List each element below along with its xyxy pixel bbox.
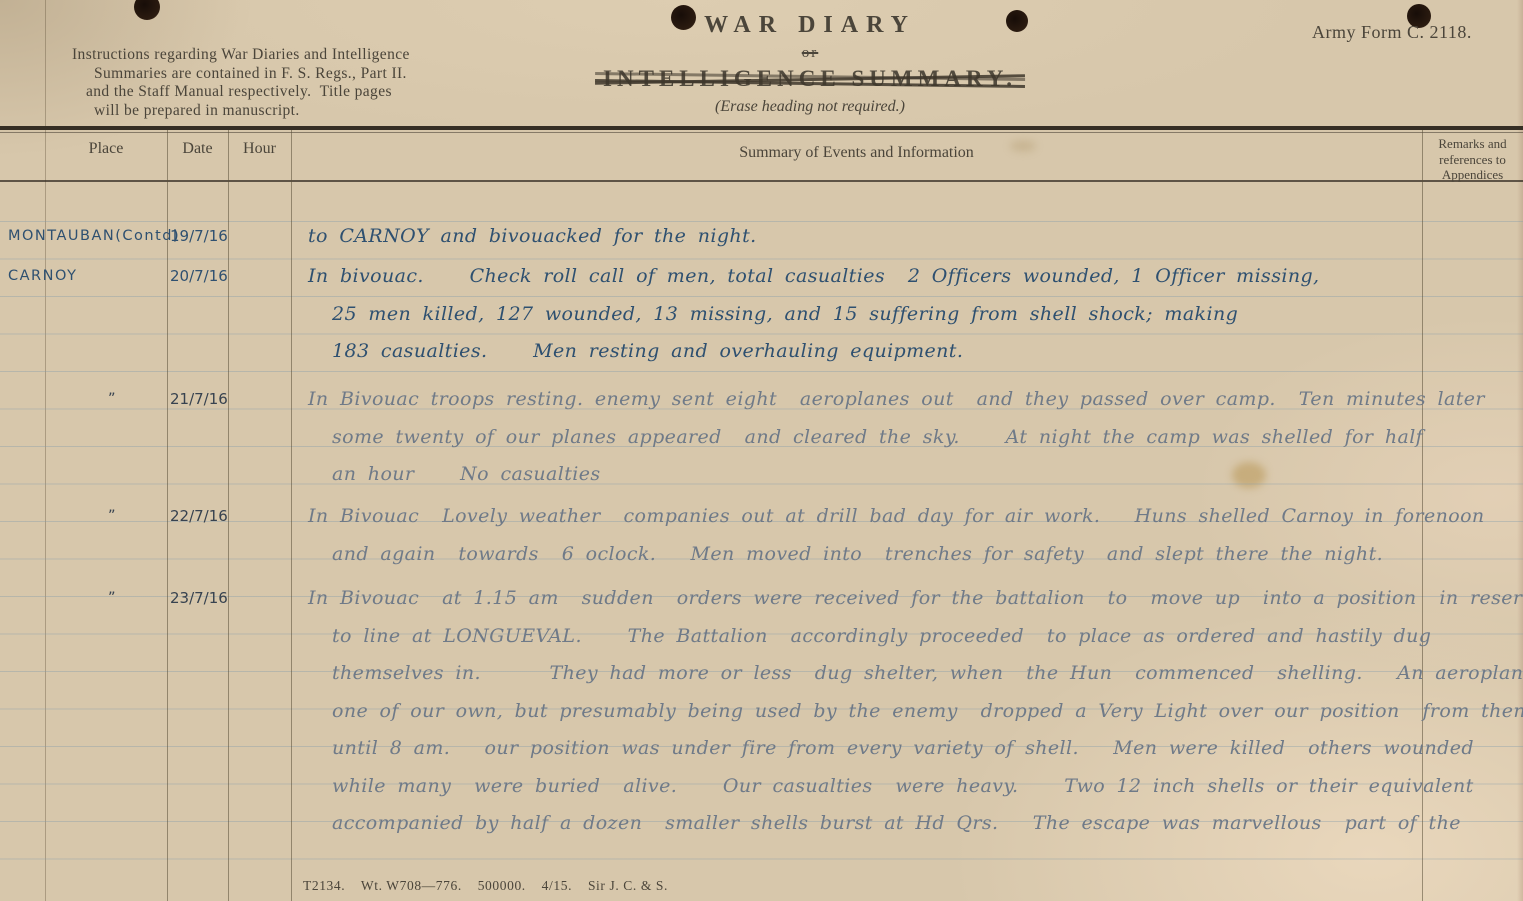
entry-summary: In Bivouac Lovely weather companies out … bbox=[308, 498, 1420, 573]
entry-line: and again towards 6 oclock. Men moved in… bbox=[332, 536, 1420, 574]
entries-container: MONTAUBAN(Contd)19/7/16to CARNOY and biv… bbox=[0, 0, 1523, 901]
entry-line: 25 men killed, 127 wounded, 13 missing, … bbox=[332, 296, 1420, 334]
entry-date: 20/7/16 bbox=[170, 258, 230, 296]
entry-line: an hour No casualties bbox=[332, 456, 1420, 494]
entry-line: accompanied by half a dozen smaller shel… bbox=[332, 805, 1420, 843]
entry-hour bbox=[236, 218, 296, 256]
entry-line: themselves in. They had more or less dug… bbox=[332, 655, 1420, 693]
footer-imprint: T2134. Wt. W708—776. 500000. 4/15. Sir J… bbox=[303, 878, 668, 894]
entry-line: In bivouac. Check roll call of men, tota… bbox=[308, 258, 1420, 296]
entry-date: 23/7/16 bbox=[170, 580, 230, 618]
entry-line: one of our own, but presumably being use… bbox=[332, 693, 1420, 731]
entry-summary: In bivouac. Check roll call of men, tota… bbox=[308, 258, 1420, 371]
entry-line: 183 casualties. Men resting and overhaul… bbox=[332, 333, 1420, 371]
entry-summary: In Bivouac at 1.15 am sudden orders were… bbox=[308, 580, 1420, 843]
entry-line: to line at LONGUEVAL. The Battalion acco… bbox=[332, 618, 1420, 656]
entry-line: to CARNOY and bivouacked for the night. bbox=[308, 218, 1420, 256]
entry-line: some twenty of our planes appeared and c… bbox=[332, 419, 1420, 457]
entry-summary: to CARNOY and bivouacked for the night. bbox=[308, 218, 1420, 256]
entry-summary: In Bivouac troops resting. enemy sent ei… bbox=[308, 381, 1420, 494]
entry-line: In Bivouac troops resting. enemy sent ei… bbox=[308, 381, 1420, 419]
entry-date: 21/7/16 bbox=[170, 381, 230, 419]
entry-hour bbox=[236, 498, 296, 536]
entry-line: In Bivouac Lovely weather companies out … bbox=[308, 498, 1420, 536]
entry-hour bbox=[236, 258, 296, 296]
war-diary-page: Instructions regarding War Diaries and I… bbox=[0, 0, 1523, 901]
entry-line: In Bivouac at 1.15 am sudden orders were… bbox=[308, 580, 1420, 618]
entry-date: 22/7/16 bbox=[170, 498, 230, 536]
entry-date: 19/7/16 bbox=[170, 218, 230, 256]
entry-hour bbox=[236, 381, 296, 419]
entry-line: until 8 am. our position was under fire … bbox=[332, 730, 1420, 768]
entry-hour bbox=[236, 580, 296, 618]
entry-place: MONTAUBAN(Contd) bbox=[8, 218, 166, 256]
entry-line: while many were buried alive. Our casual… bbox=[332, 768, 1420, 806]
entry-place: CARNOY bbox=[8, 258, 166, 296]
